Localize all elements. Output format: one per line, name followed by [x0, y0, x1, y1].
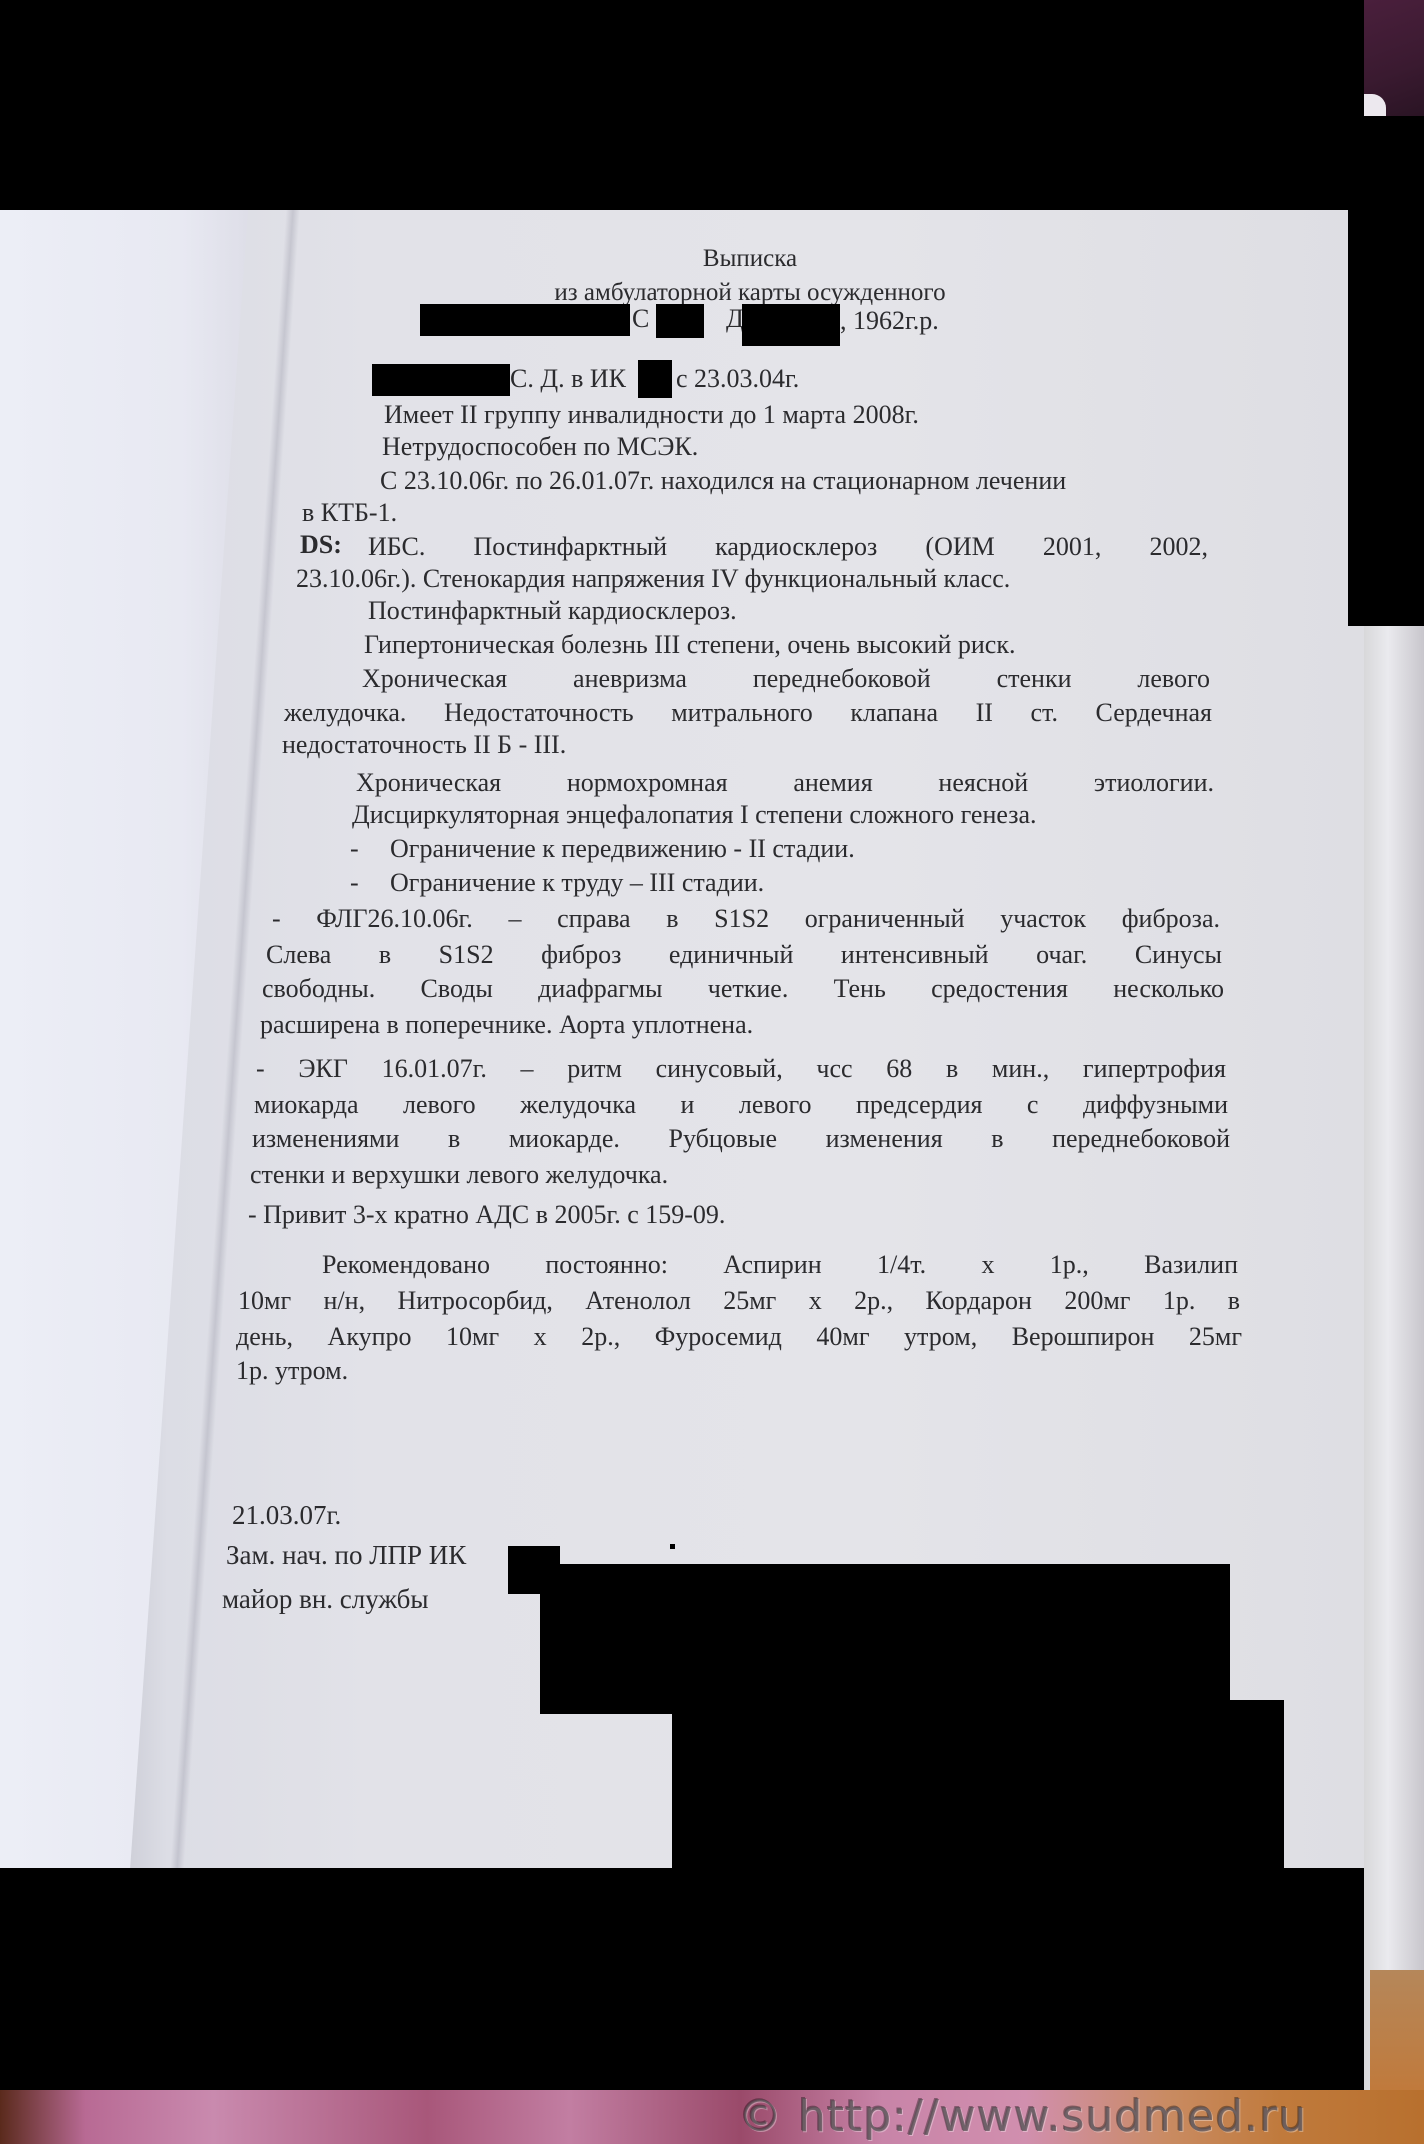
- diagnosis-line-6: желудочка. Недостаточность митрального к…: [284, 700, 1212, 726]
- ecg-line-1: - ЭКГ 16.01.07г. – ритм синусовый, чсс 6…: [256, 1056, 1226, 1082]
- ecg-line-4: стенки и верхушки левого желудочка.: [250, 1162, 668, 1188]
- name-initial-1: С: [632, 306, 649, 332]
- background-right-edge: [1364, 626, 1424, 2090]
- restriction-bullet-1: -: [350, 836, 359, 862]
- background-fabric-top: [1364, 0, 1424, 116]
- document-subtitle: из амбулаторной карты осужденного: [440, 280, 1060, 305]
- redaction-patronymic: [742, 304, 840, 346]
- redaction-dot: [670, 1544, 675, 1549]
- intro-name: С. Д. в ИК: [510, 366, 626, 392]
- redaction-surname: [420, 304, 630, 336]
- intro-hospital-place: в КТБ-1.: [302, 500, 397, 526]
- restriction-work: Ограничение к труду – III стадии.: [390, 870, 764, 896]
- redaction-top-right: [1364, 116, 1424, 210]
- intro-arrival-date: с 23.03.04г.: [676, 366, 799, 392]
- flg-line-2: Слева в S1S2 фиброз единичный интенсивны…: [266, 942, 1222, 968]
- background-wood: [1370, 1970, 1424, 2090]
- diagnosis-line-8: Хроническая нормохромная анемия неясной …: [356, 770, 1214, 796]
- flg-line-3: свободны. Своды диафрагмы четкие. Тень с…: [262, 976, 1224, 1002]
- redaction-bottom: [0, 1868, 1364, 2090]
- redaction-stamp: [672, 1700, 1284, 1870]
- diagnosis-line-3: Постинфарктный кардиосклероз.: [368, 598, 737, 624]
- signature-date: 21.03.07г.: [232, 1502, 341, 1529]
- restriction-bullet-2: -: [350, 870, 359, 896]
- diagnosis-line-9: Дисциркуляторная энцефалопатия I степени…: [352, 802, 1037, 828]
- redaction-first-name: [656, 304, 704, 338]
- ecg-line-2: миокарда левого желудочка и левого предс…: [254, 1092, 1228, 1118]
- redaction-signature: [540, 1564, 1230, 1714]
- intro-work-status: Нетрудоспособен по МСЭК.: [382, 434, 698, 460]
- restriction-movement: Ограничение к передвижению - II стадии.: [390, 836, 855, 862]
- intro-disability: Имеет II группу инвалидности до 1 марта …: [384, 402, 919, 428]
- flg-line-4: расширена в поперечнике. Аорта уплотнена…: [260, 1012, 753, 1038]
- watermark: © http://www.sudmed.ru: [738, 2090, 1424, 2144]
- recommendation-line-3: день, Акупро 10мг х 2р., Фуросемид 40мг …: [236, 1324, 1242, 1350]
- redaction-colony-number: [638, 360, 672, 398]
- signatory-rank: майор вн. службы: [222, 1586, 429, 1613]
- diagnosis-line-7: недостаточность II Б - III.: [282, 732, 566, 758]
- ecg-line-3: изменениями в миокарде. Рубцовые изменен…: [252, 1126, 1230, 1152]
- recommendation-line-1: Рекомендовано постоянно: Аспирин 1/4т. х…: [322, 1252, 1238, 1278]
- redaction-surname-2: [372, 364, 510, 396]
- vaccination: - Привит 3-х кратно АДС в 2005г. с 159-0…: [248, 1202, 725, 1228]
- birth-year: , 1962г.р.: [840, 308, 939, 334]
- document-title: Выписка: [600, 246, 900, 271]
- recommendation-line-2: 10мг н/н, Нитросорбид, Атенолол 25мг х 2…: [238, 1288, 1240, 1314]
- redaction-right: [1348, 210, 1424, 626]
- diagnosis-label: DS:: [300, 532, 342, 558]
- flg-line-1: - ФЛГ26.10.06г. – справа в S1S2 ограниче…: [272, 906, 1220, 932]
- intro-hospital: С 23.10.06г. по 26.01.07г. находился на …: [380, 468, 1066, 494]
- diagnosis-line-4: Гипертоническая болезнь III степени, оче…: [364, 632, 1015, 658]
- redaction-top: [0, 0, 1364, 210]
- diagnosis-line-1: ИБС. Постинфарктный кардиосклероз (ОИМ 2…: [368, 534, 1208, 560]
- diagnosis-line-5: Хроническая аневризма переднебоковой сте…: [362, 666, 1210, 692]
- signatory-position: Зам. нач. по ЛПР ИК: [226, 1542, 466, 1569]
- diagnosis-line-2: 23.10.06г.). Стенокардия напряжения IV ф…: [296, 566, 1010, 592]
- recommendation-line-4: 1р. утром.: [236, 1358, 348, 1384]
